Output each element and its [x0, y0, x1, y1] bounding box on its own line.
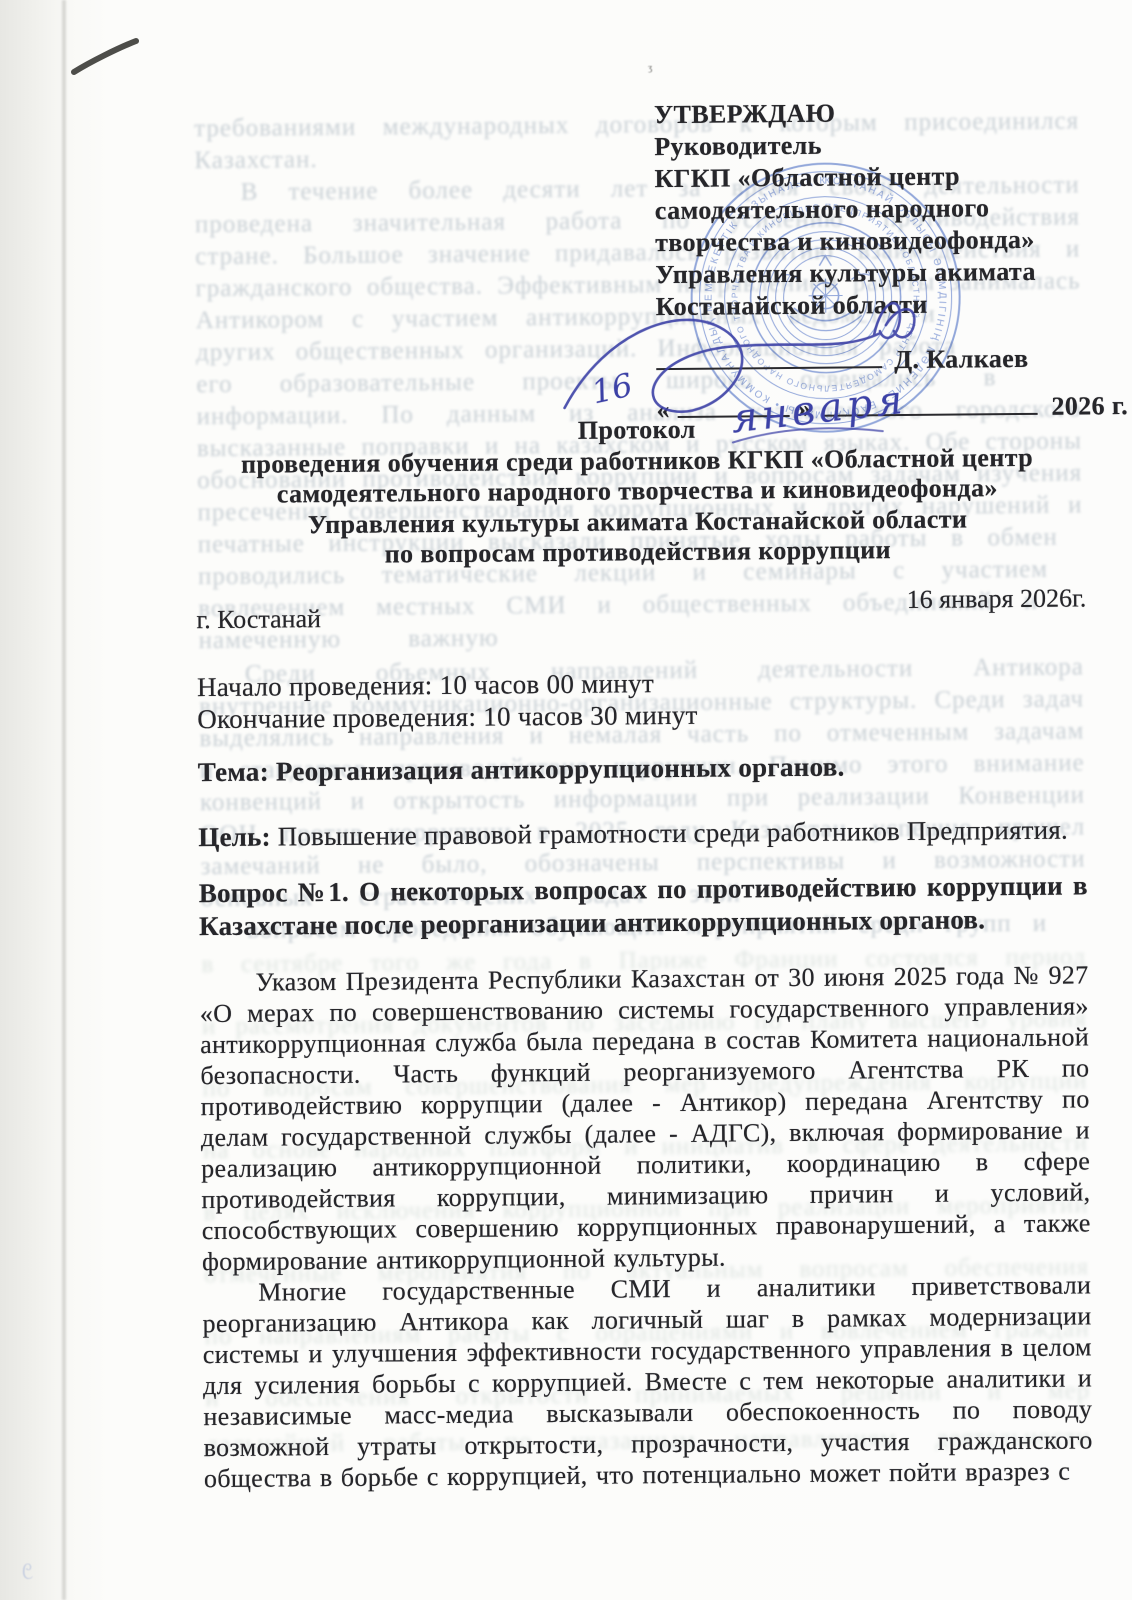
- body-paragraph: Указом Президента Республики Казахстан о…: [199, 959, 1091, 1277]
- approval-line: Руководитель: [654, 127, 1094, 163]
- bleedthrough-text-line: Казахстан.: [194, 146, 344, 177]
- body-text: Указом Президента Республики Казахстан о…: [199, 959, 1093, 1494]
- question-heading: Вопрос №1. О некоторых вопросах по проти…: [199, 869, 1089, 943]
- bleedthrough-text-line: конвенций и открытость информации при ре…: [200, 781, 1085, 819]
- goal-text: Повышение правовой грамотности среди раб…: [271, 815, 1068, 852]
- approval-line: самодеятельного народного: [655, 191, 1095, 227]
- topic-label: Тема:: [198, 757, 269, 788]
- document-content: требованиями международных договоров к к…: [0, 0, 1132, 1600]
- approval-line: творчества и киновидеофонда»: [655, 223, 1095, 259]
- meeting-times: Начало проведения: 10 часов 00 минут Око…: [197, 663, 1088, 735]
- approval-line: КГКП «Областной центр: [654, 159, 1094, 195]
- handwritten-day: 16: [588, 366, 636, 412]
- topic-text: Реорганизация антикоррупционных органов.: [269, 752, 845, 787]
- goal-label: Цель:: [198, 822, 271, 853]
- document-title: Протокол проведения обучения среди работ…: [157, 411, 1118, 572]
- body-paragraph: Многие государственные СМИ и аналитики п…: [202, 1269, 1093, 1494]
- place-name: г. Костанай: [196, 604, 321, 635]
- approve-word: УТВЕРЖДАЮ: [654, 95, 1094, 131]
- document-date: 16 января 2026г.: [907, 583, 1087, 615]
- scanned-protocol-page: ᶾ ᧙ требованиями международных договоров…: [0, 0, 1132, 1600]
